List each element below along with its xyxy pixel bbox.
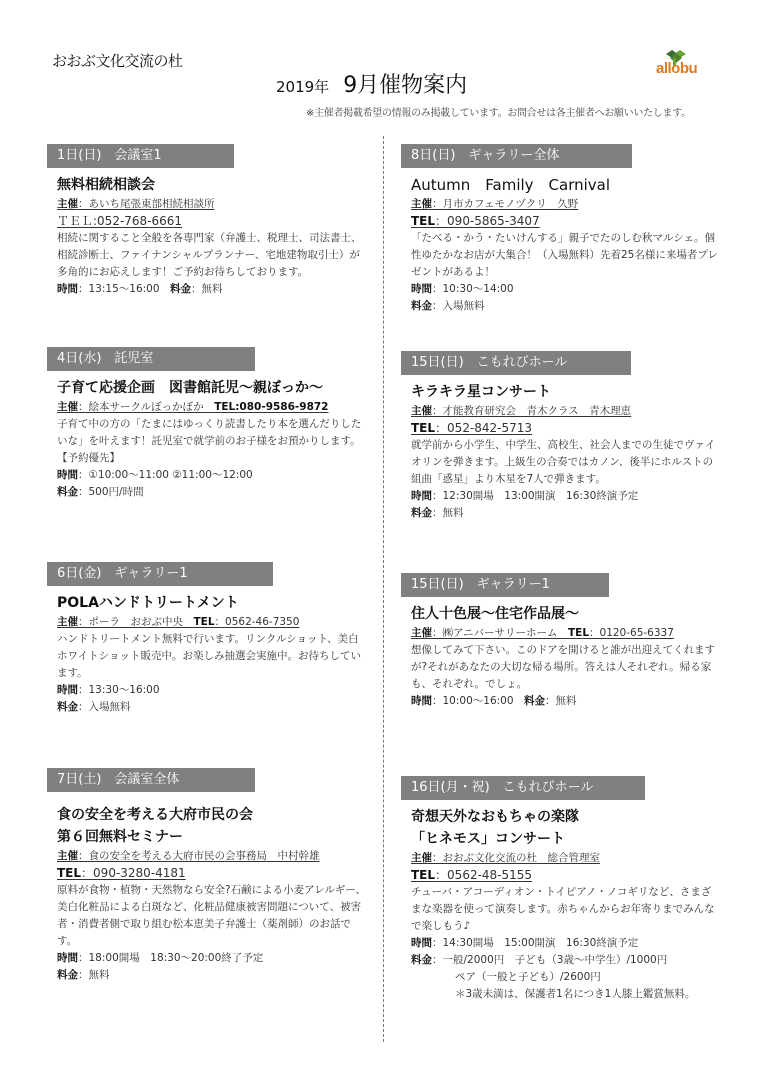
organizer-value: 絵本サークルぼっかぼか [89,401,204,413]
tel-value: 090-5865-3407 [447,214,540,228]
event-fee: 料金：入場無料 [57,699,367,716]
fee-value: 一般/2000円 子ども（3歳～中学生）/1000円 [443,954,668,966]
event-organizer: 主催：ポーラ おおぶ中央 TEL：0562-46-7350 [57,614,367,631]
event-subtitle: 第６回無料セミナー [57,826,367,848]
event-description: 相続に関すること全般を各専門家（弁護士、税理士、司法書士、相続診断士、ファイナン… [57,230,367,281]
event-sep8-gallery-all: 8日(日) ギャラリー全体 Autumn Family Carnival 主催：… [401,144,721,315]
event-date-bar: 6日(金) ギャラリー1 [47,562,273,586]
event-date-bar: 4日(水) 託児室 [47,347,255,371]
time-label: 時間 [411,490,432,502]
event-sep6-gallery1: 6日(金) ギャラリー1 POLAハンドトリートメント 主催：ポーラ おおぶ中央… [47,562,367,716]
event-description: 原料が食物・植物・天然物なら安全?石鹸による小麦アレルギー、美白化粧品による白斑… [57,882,367,950]
fee-label: 料金 [411,954,432,966]
page-title-year: 2019年 [276,78,329,96]
time-value: 18:00開場 18:30～20:00終了予定 [89,952,264,964]
event-date-bar: 15日(日) こもれびホール [401,351,631,375]
organizer-value: ポーラ おおぶ中央 [89,616,184,628]
event-note: 【予約優先】 [57,450,367,467]
event-date-bar: 16日(月・祝) こもれびホール [401,776,645,800]
tel-label: TEL [57,866,81,880]
event-tel: ＴＥＬ:052-768-6661 [57,213,367,230]
event-sep1-conference-room: 1日(日) 会議室1 無料相続相談会 主催：あいち尾張東部相続相談所 ＴＥＬ:0… [47,144,367,298]
fee-label: 料金 [411,507,432,519]
logo-text: allobu [656,60,697,77]
event-time: 時間：13:30～16:00 [57,682,367,699]
event-organizer: 主催：あいち尾張東部相続相談所 [57,196,367,213]
event-tel: TEL:080-9586-9872 [214,401,328,413]
event-description: 想像してみて下さい。このドアを開けると誰が出迎えてくれますが?それがあなたの大切… [411,642,721,693]
tel-value: 052-842-5713 [447,421,532,435]
event-tel: 0562-46-7350 [225,616,299,628]
page-title: 2019年9月催物案内 [276,68,467,99]
organizer-label: 主催 [411,627,432,639]
event-organizer: 主催：才能教育研究会 青木クラス 青木理恵 [411,403,721,420]
event-organizer: 主催：㈱アニバーサリーホーム TEL：0120-65-6337 [411,625,721,642]
time-value: 13:30～16:00 [89,684,160,696]
event-title: 住人十色展～住宅作品展～ [411,603,721,625]
event-date-bar: 15日(日) ギャラリー1 [401,573,609,597]
tel-value: 090-3280-4181 [93,866,186,880]
event-description: チューバ・アコーディオン・トイピアノ・ノコギリなど、さまざまな楽器を使って演奏し… [411,884,721,935]
tel-label: TEL [194,616,215,628]
tel-value: 0562-48-5155 [447,868,532,882]
tel-value: 0120-65-6337 [600,627,674,639]
event-description: 「たべる・かう・たいけんする」親子でたのしむ秋マルシェ。個性ゆたかなお店が大集合… [411,230,721,281]
page-title-main: 9月催物案内 [343,73,467,98]
organizer-value: 月市カフェモノヅクリ 久野 [443,198,579,210]
time-label: 時間 [57,469,78,481]
organizer-label: 主催 [411,405,432,417]
fee-value: 無料 [556,695,577,707]
organizer-label: 主催 [57,198,78,210]
allobu-logo: allobu [652,50,716,82]
organizer-value: ㈱アニバーサリーホーム [443,627,558,639]
organization-name: おおぶ文化交流の杜 [52,50,183,71]
time-label: 時間 [57,684,78,696]
fee-value: 無料 [202,283,223,295]
event-date-bar: 1日(日) 会議室1 [47,144,234,168]
event-time-fee: 時間：10:00～16:00 料金：無料 [411,693,721,710]
tel-label: TEL [411,421,435,435]
organizer-label: 主催 [57,401,78,413]
event-time-fee: 時間：13:15～16:00 料金：無料 [57,281,367,298]
organizer-value: あいち尾張東部相続相談所 [89,198,215,210]
event-title: 無料相続相談会 [57,174,367,196]
time-value: 14:30開場 15:00開演 16:30終演予定 [443,937,639,949]
event-title: 子育て応援企画 図書館託児～親ぼっか～ [57,377,367,399]
fee-value: 無料 [89,969,110,981]
event-fee: 料金：無料 [411,505,721,522]
event-organizer: 主催：月市カフェモノヅクリ 久野 [411,196,721,213]
fee-label: 料金 [57,701,78,713]
event-fee-note: ＊3歳未満は、保護者1名につき1人膝上鑑賞無料。 [433,986,721,1003]
disclaimer-notice: ※主催者掲載希望の情報のみ掲載しています。お問合せは各主催者へお願いいたします。 [306,104,691,119]
event-time: 時間：①10:00～11:00 ②11:00～12:00 [57,467,367,484]
fee-value: 無料 [443,507,464,519]
tel-label: TEL [411,214,435,228]
event-date-bar: 7日(土) 会議室全体 [47,768,255,792]
event-title: 奇想天外なおもちゃの楽隊 [411,806,721,828]
event-fee: 料金：入場無料 [411,298,721,315]
fee-label: 料金 [57,486,78,498]
event-description: 就学前から小学生、中学生、高校生、社会人までの生徒でヴァイオリンを弾きます。上級… [411,437,721,488]
time-value: 13:15～16:00 [89,283,160,295]
event-fee: 料金：無料 [57,967,367,984]
tel-label: TEL [568,627,589,639]
fee-label: 料金 [57,969,78,981]
fee-label: 料金 [524,695,545,707]
event-description: 子育て中の方の「たまにはゆっくり読書したり本を選んだりしたいな」を叶えます！託児… [57,416,367,450]
time-label: 時間 [411,283,432,295]
event-organizer: 主催：おおぶ文化交流の杜 総合管理室 [411,850,721,867]
organizer-value: おおぶ文化交流の杜 総合管理室 [443,852,601,864]
time-label: 時間 [57,952,78,964]
time-label: 時間 [57,283,78,295]
fee-value: 500円/時間 [89,486,144,498]
organizer-label: 主催 [57,850,78,862]
time-value: 10:00～16:00 [443,695,514,707]
tel-label: TEL [411,868,435,882]
event-sep15-gallery1: 15日(日) ギャラリー1 住人十色展～住宅作品展～ 主催：㈱アニバーサリーホー… [401,573,721,710]
organizer-value: 食の安全を考える大府市民の会事務局 中村幹雄 [89,850,320,862]
event-tel: TEL：0562-48-5155 [411,867,721,884]
time-label: 時間 [411,695,432,707]
event-sep16-komorebi-hall: 16日(月・祝) こもれびホール 奇想天外なおもちゃの楽隊 「ヒネモス」コンサー… [401,776,721,1003]
event-organizer: 主催：絵本サークルぼっかぼか TEL:080-9586-9872 [57,399,367,416]
event-sep7-conference-all: 7日(土) 会議室全体 食の安全を考える大府市民の会 第６回無料セミナー 主催：… [47,768,367,984]
event-subtitle: 「ヒネモス」コンサート [411,828,721,850]
event-tel: TEL：052-842-5713 [411,420,721,437]
organizer-label: 主催 [57,616,78,628]
time-value: 12:30開場 13:00開演 16:30終演予定 [443,490,639,502]
fee-value: 入場無料 [443,300,485,312]
event-organizer: 主催：食の安全を考える大府市民の会事務局 中村幹雄 [57,848,367,865]
event-description: ハンドトリートメント無料で行います。リンクルショット、美白ホワイトショット販売中… [57,631,367,682]
time-value: ①10:00～11:00 ②11:00～12:00 [89,469,253,481]
event-time: 時間：12:30開場 13:00開演 16:30終演予定 [411,488,721,505]
event-date-bar: 8日(日) ギャラリー全体 [401,144,632,168]
organizer-label: 主催 [411,198,432,210]
organizer-label: 主催 [411,852,432,864]
column-divider [383,136,384,1042]
event-title: 食の安全を考える大府市民の会 [57,804,367,826]
event-tel: TEL：090-5865-3407 [411,213,721,230]
organizer-value: 才能教育研究会 青木クラス 青木理恵 [443,405,632,417]
fee-label: 料金 [411,300,432,312]
event-tel: TEL：090-3280-4181 [57,865,367,882]
fee-value: 入場無料 [89,701,131,713]
event-time: 時間：10:30～14:00 [411,281,721,298]
event-time: 時間：18:00開場 18:30～20:00終了予定 [57,950,367,967]
event-title: Autumn Family Carnival [411,174,721,196]
event-fee-pair: ペア（一般と子ども）/2600円 [433,969,721,986]
event-sep15-komorebi-hall: 15日(日) こもれびホール キラキラ星コンサート 主催：才能教育研究会 青木ク… [401,351,721,522]
fee-label: 料金 [170,283,191,295]
event-title: キラキラ星コンサート [411,381,721,403]
event-sep4-nursery: 4日(水) 託児室 子育て応援企画 図書館託児～親ぼっか～ 主催：絵本サークルぼ… [47,347,367,501]
event-fee: 料金：500円/時間 [57,484,367,501]
event-fee: 料金：一般/2000円 子ども（3歳～中学生）/1000円 [411,952,721,969]
event-time: 時間：14:30開場 15:00開演 16:30終演予定 [411,935,721,952]
event-title: POLAハンドトリートメント [57,592,367,614]
time-value: 10:30～14:00 [443,283,514,295]
time-label: 時間 [411,937,432,949]
